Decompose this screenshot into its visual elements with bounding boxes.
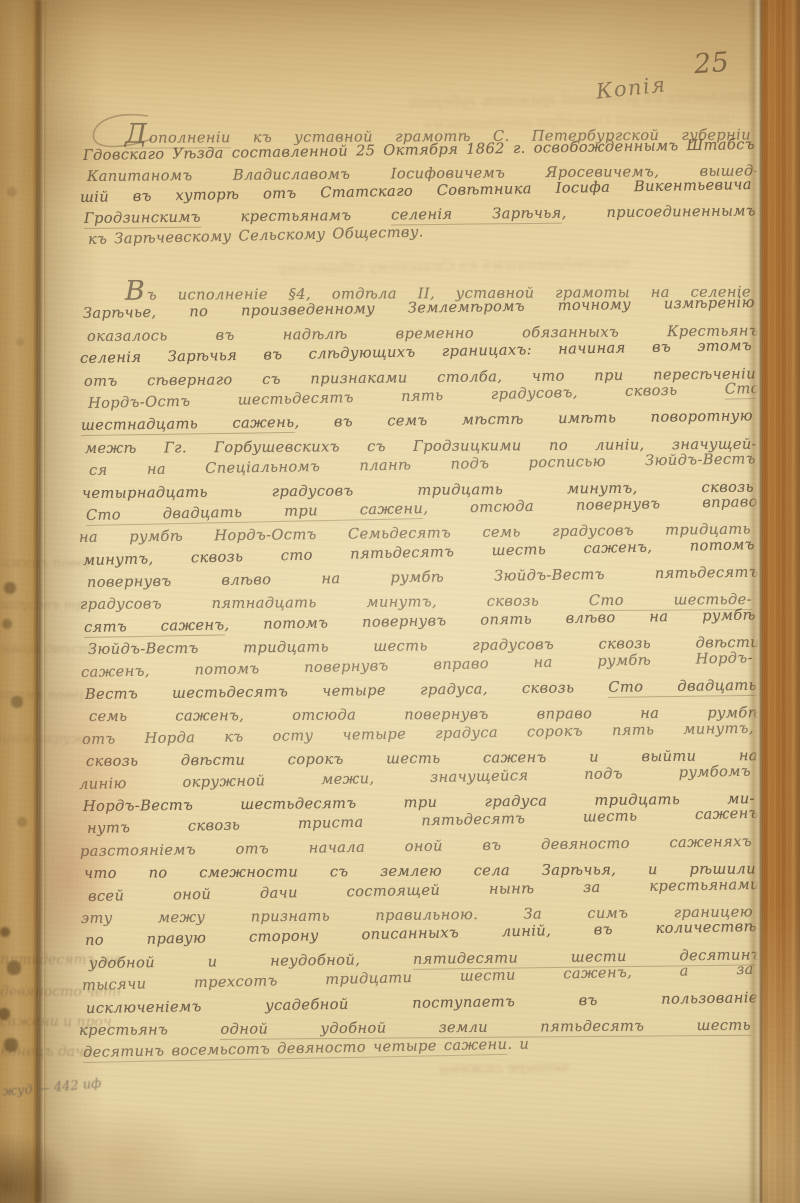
binding-edge bbox=[762, 0, 800, 1203]
body-paragraph: Въ исполненіе §4, отдѣла II, уставной гр… bbox=[84, 281, 756, 1065]
manuscript-photo: саженъ повернувъ на румбѣ градусовъ трид… bbox=[0, 0, 800, 1203]
bleedthrough-text: присоединеннымъ къ Сельскому Обществу bbox=[110, 253, 630, 280]
copy-heading: Копія bbox=[595, 72, 668, 103]
page-right-edge bbox=[748, 0, 762, 1203]
page-number: 25 bbox=[693, 47, 730, 80]
bleedthrough-text: Дополненіи къ уставной грамотѣ губерніи bbox=[190, 87, 760, 115]
ink-spots bbox=[0, 0, 4, 4]
header-paragraph: Дополненіи къ уставной грамотѣ С. Петерб… bbox=[84, 124, 756, 250]
